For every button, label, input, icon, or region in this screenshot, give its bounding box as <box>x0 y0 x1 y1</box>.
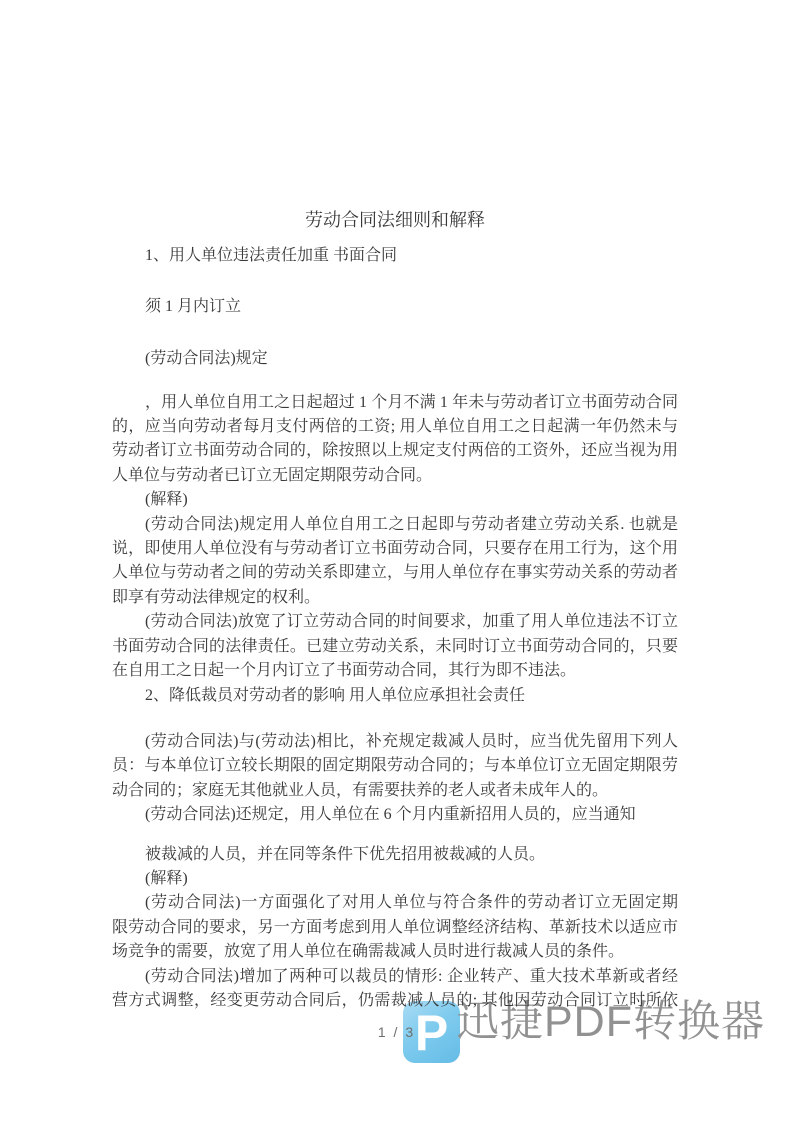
text-line: 动合同的；家庭无其他就业人员，有需要扶养的老人或者未成年人的。 <box>112 779 678 803</box>
document-title: 劳动合同法细则和解释 <box>112 208 678 232</box>
text-line: (劳动合同法)一方面强化了对用人单位与符合条件的劳动者订立无固定期 <box>112 891 678 915</box>
document-page: P 迅捷PDF转换器 劳动合同法细则和解释1、用人单位违法责任加重 书面合同须 … <box>0 0 793 1122</box>
document-body: 劳动合同法细则和解释1、用人单位违法责任加重 书面合同须 1 月内订立(劳动合同… <box>112 208 678 1013</box>
text-line: 被裁减的人员，并在同等条件下优先招用被裁减的人员。 <box>112 843 678 867</box>
text-line: 员：与本单位订立较长期限的固定期限劳动合同的；与本单位订立无固定期限劳 <box>112 754 678 778</box>
text-line: (劳动合同法)增加了两种可以裁员的情形: 企业转产、重大技术革新或者经 <box>112 965 678 989</box>
text-line: 限劳动合同的要求，另一方面考虑到用人单位调整经济结构、革新技术以适应市 <box>112 916 678 940</box>
text-line: (劳动合同法)规定用人单位自用工之日起即与劳动者建立劳动关系. 也就是 <box>112 513 678 537</box>
text-line: 说，即使用人单位没有与劳动者订立书面劳动合同，只要存在用工行为，这个用 <box>112 537 678 561</box>
text-line: 劳动者订立书面劳动合同的，除按照以上规定支付两倍的工资外，还应当视为用 <box>112 439 678 463</box>
text-line: 营方式调整，经变更劳动合同后，仍需裁减人员的; 其他因劳动合同订立时所依 <box>112 989 678 1013</box>
text-line: (劳动合同法)与(劳动法)相比，补充规定裁减人员时，应当优先留用下列人 <box>112 730 678 754</box>
text-line: 人单位与劳动者之间的劳动关系即建立，与用人单位存在事实劳动关系的劳动者 <box>112 561 678 585</box>
text-line: 人单位与劳动者已订立无固定期限劳动合同。 <box>112 464 678 488</box>
text-line: 须 1 月内订立 <box>112 295 678 319</box>
text-line: (解释) <box>112 488 678 512</box>
text-line: 2、降低裁员对劳动者的影响 用人单位应承担社会责任 <box>112 684 678 708</box>
text-line: (解释) <box>112 867 678 891</box>
page-number: 1 / 3 <box>0 1024 793 1040</box>
text-line: (劳动合同法)规定 <box>112 347 678 371</box>
text-line: 场竞争的需要，放宽了用人单位在确需裁减人员时进行裁减人员的条件。 <box>112 940 678 964</box>
text-line: 书面劳动合同的法律责任。已建立劳动关系，未同时订立书面劳动合同的，只要 <box>112 635 678 659</box>
text-line: ，用人单位自用工之日起超过 1 个月不满 1 年未与劳动者订立书面劳动合同 <box>112 391 678 415</box>
text-line: 的，应当向劳动者每月支付两倍的工资; 用人单位自用工之日起满一年仍然未与 <box>112 415 678 439</box>
text-line: (劳动合同法)放宽了订立劳动合同的时间要求，加重了用人单位违法不订立 <box>112 610 678 634</box>
text-line: 在自用工之日起一个月内订立了书面劳动合同，其行为即不违法。 <box>112 659 678 683</box>
text-line: (劳动合同法)还规定，用人单位在 6 个月内重新招用人员的，应当通知 <box>112 803 678 827</box>
text-line: 即享有劳动法律规定的权利。 <box>112 586 678 610</box>
text-line: 1、用人单位违法责任加重 书面合同 <box>112 244 678 268</box>
